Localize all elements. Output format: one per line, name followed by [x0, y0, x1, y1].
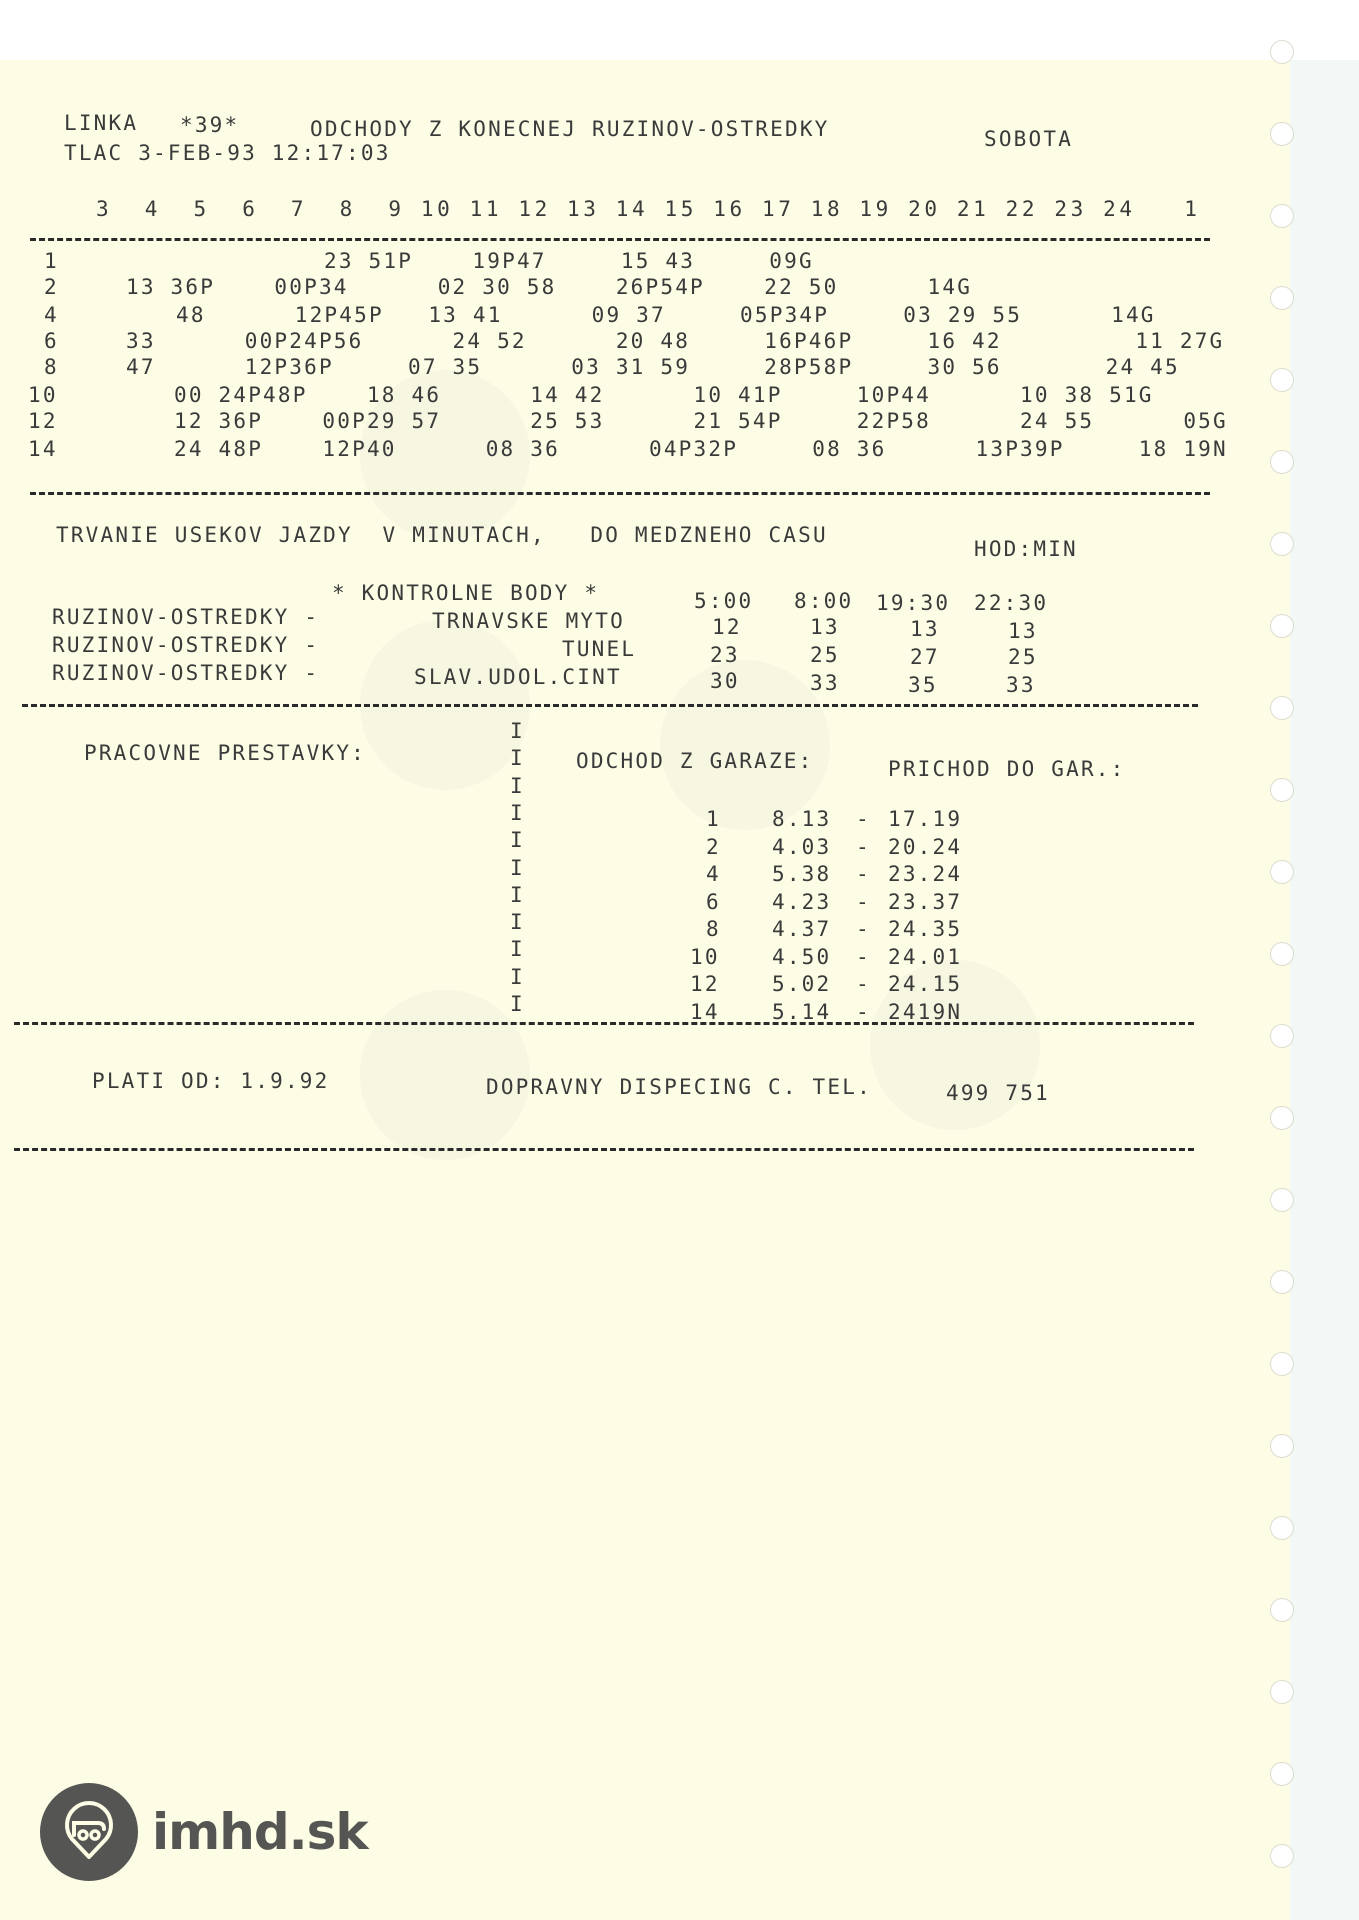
segment-value: 23	[710, 642, 740, 668]
segment-from: RUZINOV-OSTREDKY -	[52, 660, 319, 686]
feed-hole	[1270, 614, 1294, 638]
feed-hole	[1270, 368, 1294, 392]
brand-name: imhd.sk	[152, 1803, 368, 1861]
feed-hole	[1270, 1434, 1294, 1458]
garage-course: 6	[706, 889, 721, 915]
garage-course: 4	[706, 861, 721, 887]
garage-out-time: 4.03	[772, 834, 831, 860]
garage-out-time: 4.37	[772, 916, 831, 942]
garage-dash: -	[856, 971, 871, 997]
feed-hole	[1270, 1598, 1294, 1622]
separator-char: I	[510, 773, 525, 799]
course-number: 4	[44, 302, 59, 328]
segment-from: RUZINOV-OSTREDKY -	[52, 632, 319, 658]
garage-course: 8	[706, 916, 721, 942]
feed-hole	[1270, 1516, 1294, 1540]
segment-value: 13	[1008, 618, 1038, 644]
departure-times: 33 00P24P56 24 52 20 48 16P46P 16 42 11 …	[126, 328, 1224, 354]
garage-dash: -	[856, 861, 871, 887]
feed-hole	[1270, 532, 1294, 556]
garage-dash: -	[856, 834, 871, 860]
dispatch-phone: 499 751	[946, 1080, 1050, 1106]
garage-in-time: 2419N	[888, 999, 962, 1025]
garage-in-time: 23.37	[888, 889, 962, 915]
time-column: 19:30	[876, 590, 950, 616]
print-timestamp: TLAC 3-FEB-93 12:17:03	[64, 140, 391, 166]
garage-in-time: 24.15	[888, 971, 962, 997]
checkpoints-label: * KONTROLNE BODY *	[332, 580, 599, 606]
feed-hole	[1270, 1844, 1294, 1868]
travel-times-unit: HOD:MIN	[974, 536, 1078, 562]
separator-char: I	[510, 745, 525, 771]
feed-hole	[1270, 942, 1294, 966]
feed-hole	[1270, 1188, 1294, 1212]
segment-value: 12	[712, 614, 742, 640]
segment-value: 25	[1008, 644, 1038, 670]
divider	[14, 1022, 1194, 1025]
segment-value: 13	[910, 616, 940, 642]
departure-times: 12 36P 00P29 57 25 53 21 54P 22P58 24 55…	[174, 408, 1228, 434]
garage-in-time: 20.24	[888, 834, 962, 860]
garage-course: 12	[690, 971, 720, 997]
course-number: 10	[28, 382, 58, 408]
garage-dash: -	[856, 916, 871, 942]
feed-hole	[1270, 696, 1294, 720]
garage-course: 10	[690, 944, 720, 970]
feed-hole	[1270, 860, 1294, 884]
feed-hole	[1270, 1762, 1294, 1786]
imhd-logo: imhd.sk	[40, 1783, 368, 1881]
feed-hole	[1270, 204, 1294, 228]
garage-out-time: 5.02	[772, 971, 831, 997]
departure-times: 24 48P 12P40 08 36 04P32P 08 36 13P39P 1…	[174, 436, 1228, 462]
garage-departure-label: ODCHOD Z GARAZE:	[576, 748, 814, 774]
separator-char: I	[510, 800, 525, 826]
departure-times: 13 36P 00P34 02 30 58 26P54P 22 50 14G	[126, 274, 972, 300]
day-label: SOBOTA	[984, 126, 1073, 152]
course-number: 8	[44, 354, 59, 380]
course-number: 12	[28, 408, 58, 434]
segment-value: 25	[810, 642, 840, 668]
separator-char: I	[510, 882, 525, 908]
feed-hole	[1270, 1270, 1294, 1294]
segment-value: 35	[908, 672, 938, 698]
time-column: 22:30	[974, 590, 1048, 616]
garage-out-time: 5.14	[772, 999, 831, 1025]
departure-times: 48 12P45P 13 41 09 37 05P34P 03 29 55 14…	[176, 302, 1156, 328]
feed-hole	[1270, 778, 1294, 802]
divider	[22, 704, 1198, 707]
garage-out-time: 8.13	[772, 806, 831, 832]
separator-char: I	[510, 855, 525, 881]
separator-char: I	[510, 936, 525, 962]
page-title: ODCHODY Z KONECNEJ RUZINOV-OSTREDKY	[310, 116, 830, 142]
divider	[30, 492, 1210, 495]
segment-value: 33	[810, 670, 840, 696]
dispatch-label: DOPRAVNY DISPECING C. TEL.	[486, 1074, 872, 1100]
bus-pin-icon	[40, 1783, 138, 1881]
departure-times: 47 12P36P 07 35 03 31 59 28P58P 30 56 24…	[126, 354, 1180, 380]
course-number: 2	[44, 274, 59, 300]
line-number: *39*	[180, 112, 239, 138]
garage-dash: -	[856, 806, 871, 832]
tractor-feed-edge	[1290, 60, 1359, 1920]
garage-in-time: 23.24	[888, 861, 962, 887]
garage-in-time: 24.01	[888, 944, 962, 970]
segment-to: TRNAVSKE MYTO	[432, 608, 625, 634]
garage-dash: -	[856, 889, 871, 915]
time-column: 8:00	[794, 588, 853, 614]
breaks-label: PRACOVNE PRESTAVKY:	[84, 740, 366, 766]
segment-to: SLAV.UDOL.CINT	[414, 664, 622, 690]
watermark-logo-icon	[660, 660, 830, 830]
departure-times: 23 51P 19P47 15 43 09G	[324, 248, 814, 274]
garage-dash: -	[856, 999, 871, 1025]
feed-hole	[1270, 450, 1294, 474]
garage-out-time: 5.38	[772, 861, 831, 887]
garage-course: 1	[706, 806, 721, 832]
segment-from: RUZINOV-OSTREDKY -	[52, 604, 319, 630]
garage-out-time: 4.50	[772, 944, 831, 970]
travel-times-title: TRVANIE USEKOV JAZDY V MINUTACH, DO MEDZ…	[56, 522, 828, 548]
feed-hole	[1270, 1352, 1294, 1376]
segment-value: 33	[1006, 672, 1036, 698]
segment-to: TUNEL	[562, 636, 636, 662]
course-number: 14	[28, 436, 58, 462]
feed-hole	[1270, 286, 1294, 310]
divider	[14, 1148, 1194, 1151]
separator-char: I	[510, 909, 525, 935]
garage-in-time: 17.19	[888, 806, 962, 832]
separator-char: I	[510, 964, 525, 990]
garage-in-time: 24.35	[888, 916, 962, 942]
segment-value: 27	[910, 644, 940, 670]
feed-hole	[1270, 122, 1294, 146]
feed-hole	[1270, 1106, 1294, 1130]
hours-header: 3 4 5 6 7 8 9 10 11 12 13 14 15 16 17 18…	[96, 196, 1201, 222]
garage-out-time: 4.23	[772, 889, 831, 915]
valid-from: PLATI OD: 1.9.92	[92, 1068, 330, 1094]
feed-hole	[1270, 40, 1294, 64]
garage-dash: -	[856, 944, 871, 970]
feed-hole	[1270, 1680, 1294, 1704]
garage-arrival-label: PRICHOD DO GAR.:	[888, 756, 1126, 782]
separator-char: I	[510, 827, 525, 853]
departure-times: 00 24P48P 18 46 14 42 10 41P 10P44 10 38…	[174, 382, 1154, 408]
feed-hole	[1270, 1024, 1294, 1048]
garage-course: 14	[690, 999, 720, 1025]
divider	[30, 238, 1210, 241]
garage-course: 2	[706, 834, 721, 860]
separator-char: I	[510, 991, 525, 1017]
line-label: LINKA	[64, 110, 138, 136]
time-column: 5:00	[694, 588, 753, 614]
segment-value: 30	[710, 668, 740, 694]
course-number: 1	[44, 248, 59, 274]
separator-char: I	[510, 718, 525, 744]
segment-value: 13	[810, 614, 840, 640]
course-number: 6	[44, 328, 59, 354]
